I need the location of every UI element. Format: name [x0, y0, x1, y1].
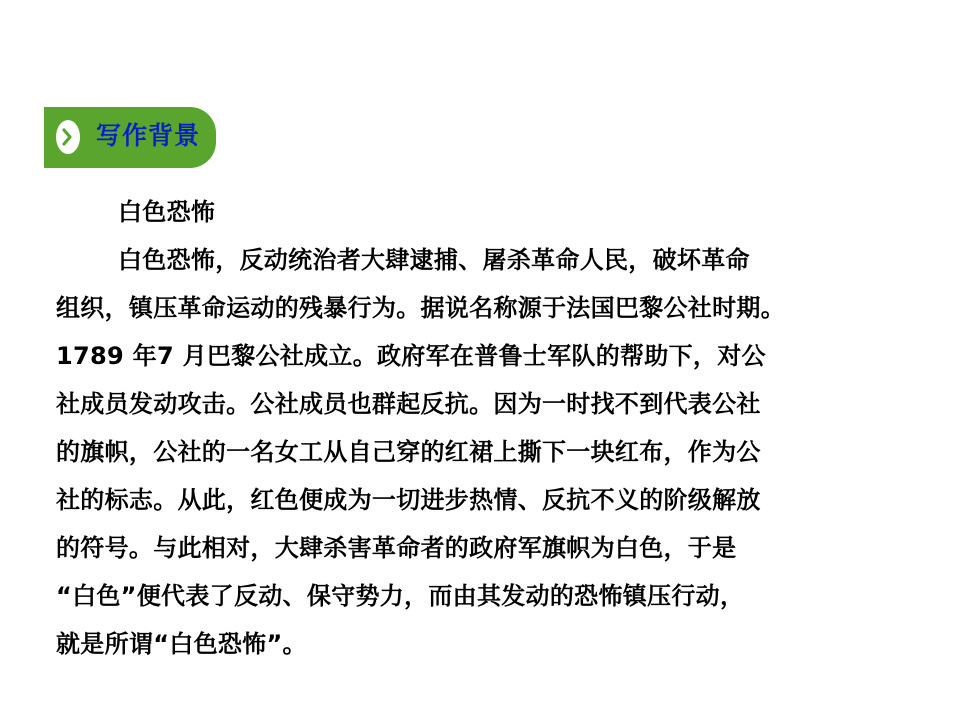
paragraph-line: 的符号。与此相对，大肆杀害革命者的政府军旗帜为白色，于是 [56, 530, 736, 566]
paragraph-line: 社成员发动攻击。公社成员也群起反抗。因为一时找不到代表公社 [56, 386, 761, 422]
paragraph-line: 社的标志。从此，红色便成为一切进步热情、反抗不义的阶级解放 [56, 482, 761, 518]
section-badge: 写作背景 [44, 107, 216, 168]
paragraph-line: 1789 年7 月巴黎公社成立。政府军在普鲁士军队的帮助下，对公 [56, 338, 766, 374]
paragraph-line: 白色恐怖，反动统治者大肆逮捕、屠杀革命人民，破坏革命 [118, 242, 750, 278]
section-title: 写作背景 [96, 119, 200, 153]
paragraph-line: 组织，镇压革命运动的残暴行为。据说名称源于法国巴黎公社时期。 [56, 290, 785, 326]
paragraph-line: 的旗帜，公社的一名女工从自己穿的红裙上撕下一块红布，作为公 [56, 434, 761, 470]
paragraph-line: 就是所谓“白色恐怖”。 [56, 626, 307, 662]
article-heading: 白色恐怖 [118, 194, 215, 230]
paragraph-line: “白色”便代表了反动、保守势力，而由其发动的恐怖镇压行动， [56, 578, 744, 614]
chevron-right-icon [56, 120, 80, 154]
